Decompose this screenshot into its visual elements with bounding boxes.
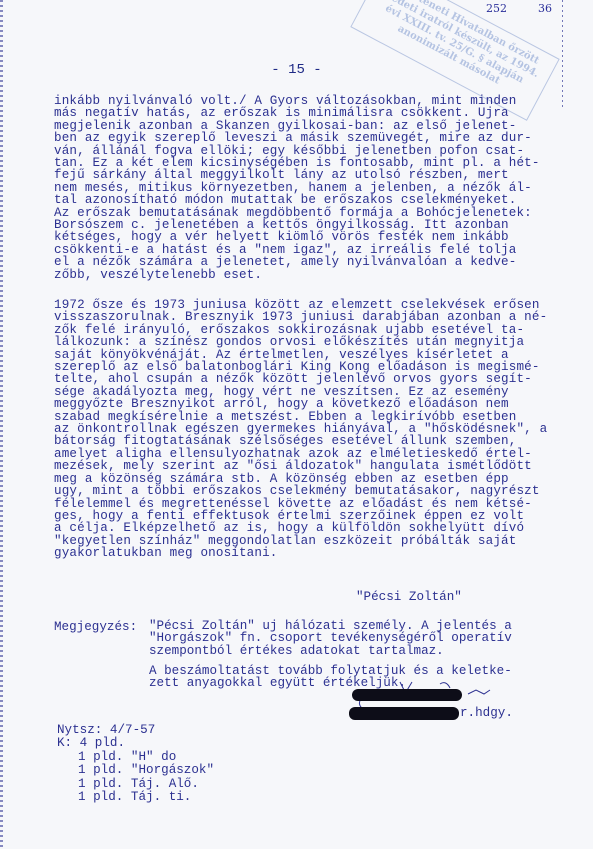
reference-number: Nytsz: 4/7-57	[57, 724, 214, 737]
distribution-item: 1 pld. Táj. ti.	[57, 791, 214, 804]
scan-edge-left	[0, 0, 3, 849]
distribution-item: 1 pld. "H" do	[57, 751, 214, 764]
distribution-list: Nytsz: 4/7-57K: 4 pld.1 pld. "H" do1 pld…	[57, 724, 214, 804]
redaction-bar	[352, 689, 462, 701]
officer-rank: r.hdgy.	[460, 706, 513, 720]
paragraph-1: inkább nyilvánvaló volt./ A Gyors változ…	[54, 95, 540, 281]
document-page: 252 36 A Történeti Hivatalban őrzött ere…	[0, 0, 593, 849]
note-text: "Pécsi Zoltán" uj hálózati személy. A je…	[149, 620, 512, 657]
redaction-bar	[349, 707, 459, 720]
distribution-item: 1 pld. Táj. Alő.	[57, 778, 214, 791]
signature: "Pécsi Zoltán"	[356, 590, 462, 604]
note-label: Megjegyzés:	[54, 620, 137, 634]
page-number: - 15 -	[0, 62, 593, 78]
scan-edge-right	[562, 0, 563, 110]
archive-number-left: 252	[486, 2, 507, 15]
archive-number-right: 36	[538, 2, 552, 15]
distribution-item: 1 pld. "Horgászok"	[57, 764, 214, 777]
copies-count: K: 4 pld.	[57, 737, 214, 750]
paragraph-2: 1972 ősze és 1973 juniusa között az elem…	[54, 299, 547, 560]
